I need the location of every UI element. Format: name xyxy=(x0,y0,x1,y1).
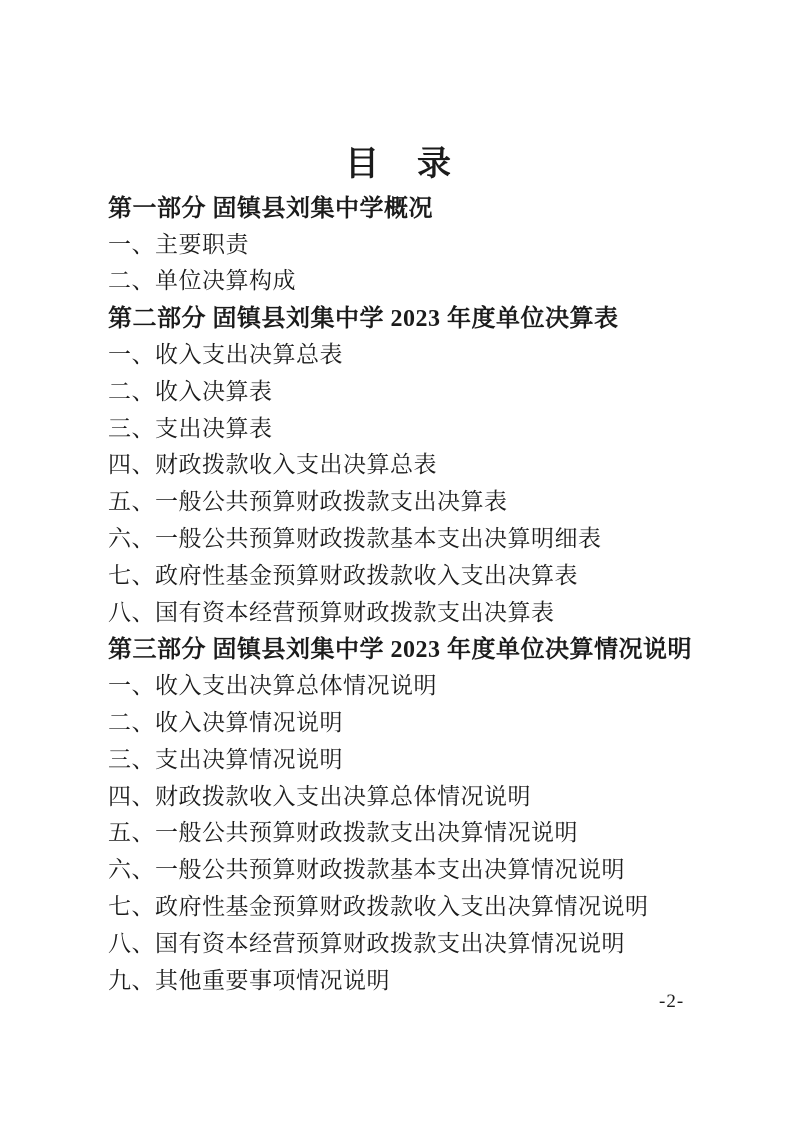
toc-item: 一、收入支出决算总体情况说明 xyxy=(108,665,690,702)
document-page: 目 录 第一部分 固镇县刘集中学概况 一、主要职责 二、单位决算构成 第二部分 … xyxy=(0,0,793,1122)
toc-item: 四、财政拨款收入支出决算总表 xyxy=(108,445,690,482)
toc-item: 三、支出决算表 xyxy=(108,408,690,445)
toc-item: 五、一般公共预算财政拨款支出决算表 xyxy=(108,481,690,518)
toc-section-heading-2: 第二部分 固镇县刘集中学 2023 年度单位决算表 xyxy=(108,297,690,334)
page-number: -2- xyxy=(659,991,684,1013)
toc-item: 八、国有资本经营预算财政拨款支出决算情况说明 xyxy=(108,923,690,960)
toc-item: 二、单位决算构成 xyxy=(108,261,690,298)
toc-item: 六、一般公共预算财政拨款基本支出决算情况说明 xyxy=(108,849,690,886)
toc-item: 一、收入支出决算总表 xyxy=(108,334,690,371)
toc-item: 二、收入决算情况说明 xyxy=(108,702,690,739)
toc-item: 七、政府性基金预算财政拨款收入支出决算情况说明 xyxy=(108,886,690,923)
doc-title: 目 录 xyxy=(108,143,690,187)
toc-section-heading-3: 第三部分 固镇县刘集中学 2023 年度单位决算情况说明 xyxy=(108,629,690,666)
toc-item: 五、一般公共预算财政拨款支出决算情况说明 xyxy=(108,813,690,850)
toc-item: 二、收入决算表 xyxy=(108,371,690,408)
table-of-contents: 目 录 第一部分 固镇县刘集中学概况 一、主要职责 二、单位决算构成 第二部分 … xyxy=(108,143,690,997)
toc-item: 三、支出决算情况说明 xyxy=(108,739,690,776)
toc-item: 九、其他重要事项情况说明 xyxy=(108,960,690,997)
toc-item: 八、国有资本经营预算财政拨款支出决算表 xyxy=(108,592,690,629)
toc-item: 四、财政拨款收入支出决算总体情况说明 xyxy=(108,776,690,813)
toc-item: 七、政府性基金预算财政拨款收入支出决算表 xyxy=(108,555,690,592)
toc-item: 一、主要职责 xyxy=(108,224,690,261)
toc-item: 六、一般公共预算财政拨款基本支出决算明细表 xyxy=(108,518,690,555)
toc-section-heading-1: 第一部分 固镇县刘集中学概况 xyxy=(108,187,690,224)
